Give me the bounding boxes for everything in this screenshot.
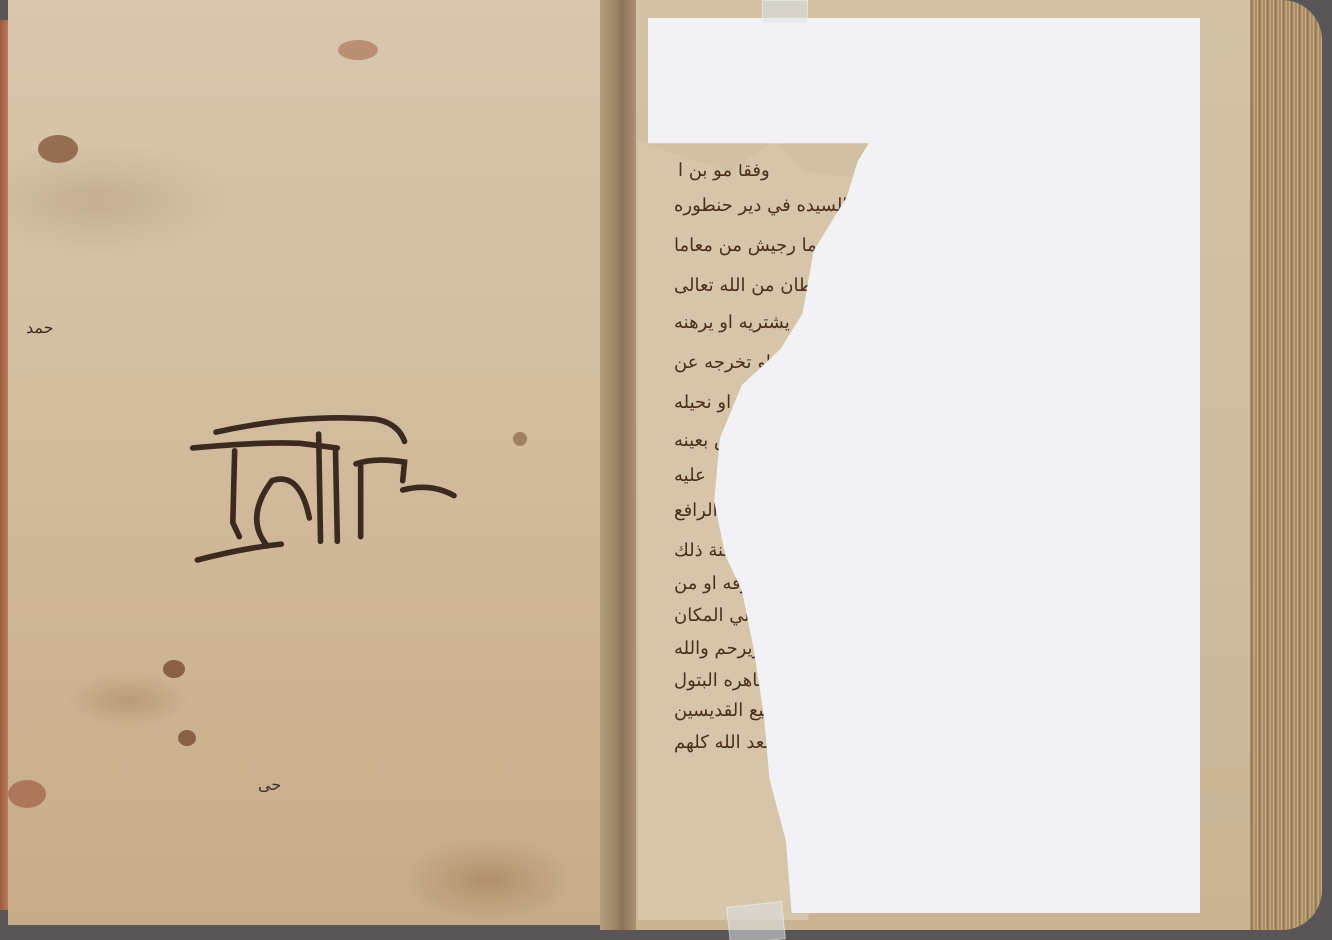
page-edges bbox=[1250, 0, 1322, 930]
left-page: حمد حى bbox=[8, 0, 610, 925]
text-line: عليه bbox=[674, 465, 706, 486]
manuscript-photo: حمد حى وفقا مو بن ا ة تستنا السيده في دي… bbox=[0, 0, 1332, 940]
stain bbox=[178, 730, 196, 746]
marginal-note: حى bbox=[258, 775, 281, 794]
stain bbox=[163, 660, 185, 678]
calligraphic-signature bbox=[188, 405, 468, 575]
marginal-note: حمد bbox=[26, 318, 54, 337]
tape-strip bbox=[726, 901, 786, 940]
stain bbox=[338, 40, 378, 60]
stain bbox=[513, 432, 527, 446]
book-gutter bbox=[600, 0, 640, 930]
stain bbox=[8, 780, 46, 808]
tape-strip bbox=[762, 0, 808, 24]
stain bbox=[38, 135, 78, 163]
